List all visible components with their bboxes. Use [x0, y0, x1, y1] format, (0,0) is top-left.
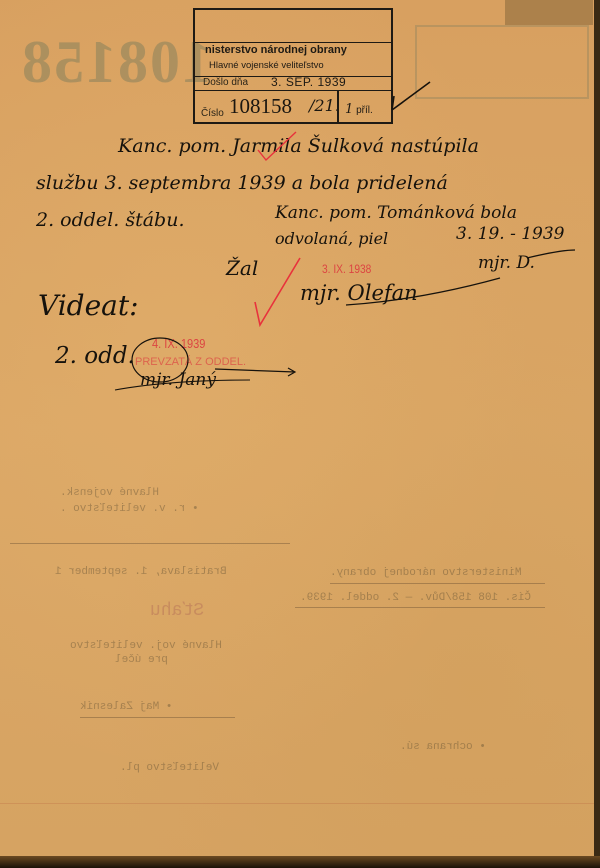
page-edge-bottom	[0, 856, 600, 868]
arrow-mark-icon	[392, 82, 430, 110]
signature-flourish	[346, 278, 500, 305]
page-edge-right	[594, 0, 600, 868]
red-check-icon	[255, 258, 300, 325]
red-check-icon	[258, 132, 296, 160]
signature-flourish	[527, 250, 575, 258]
document-page: 108158 Hlavné vojensk. • r. v. veliteľst…	[0, 0, 594, 856]
signature-underline	[115, 380, 250, 390]
arrow-right-icon	[215, 368, 295, 376]
signature-loop	[132, 338, 188, 382]
ink-strokes	[0, 0, 594, 856]
